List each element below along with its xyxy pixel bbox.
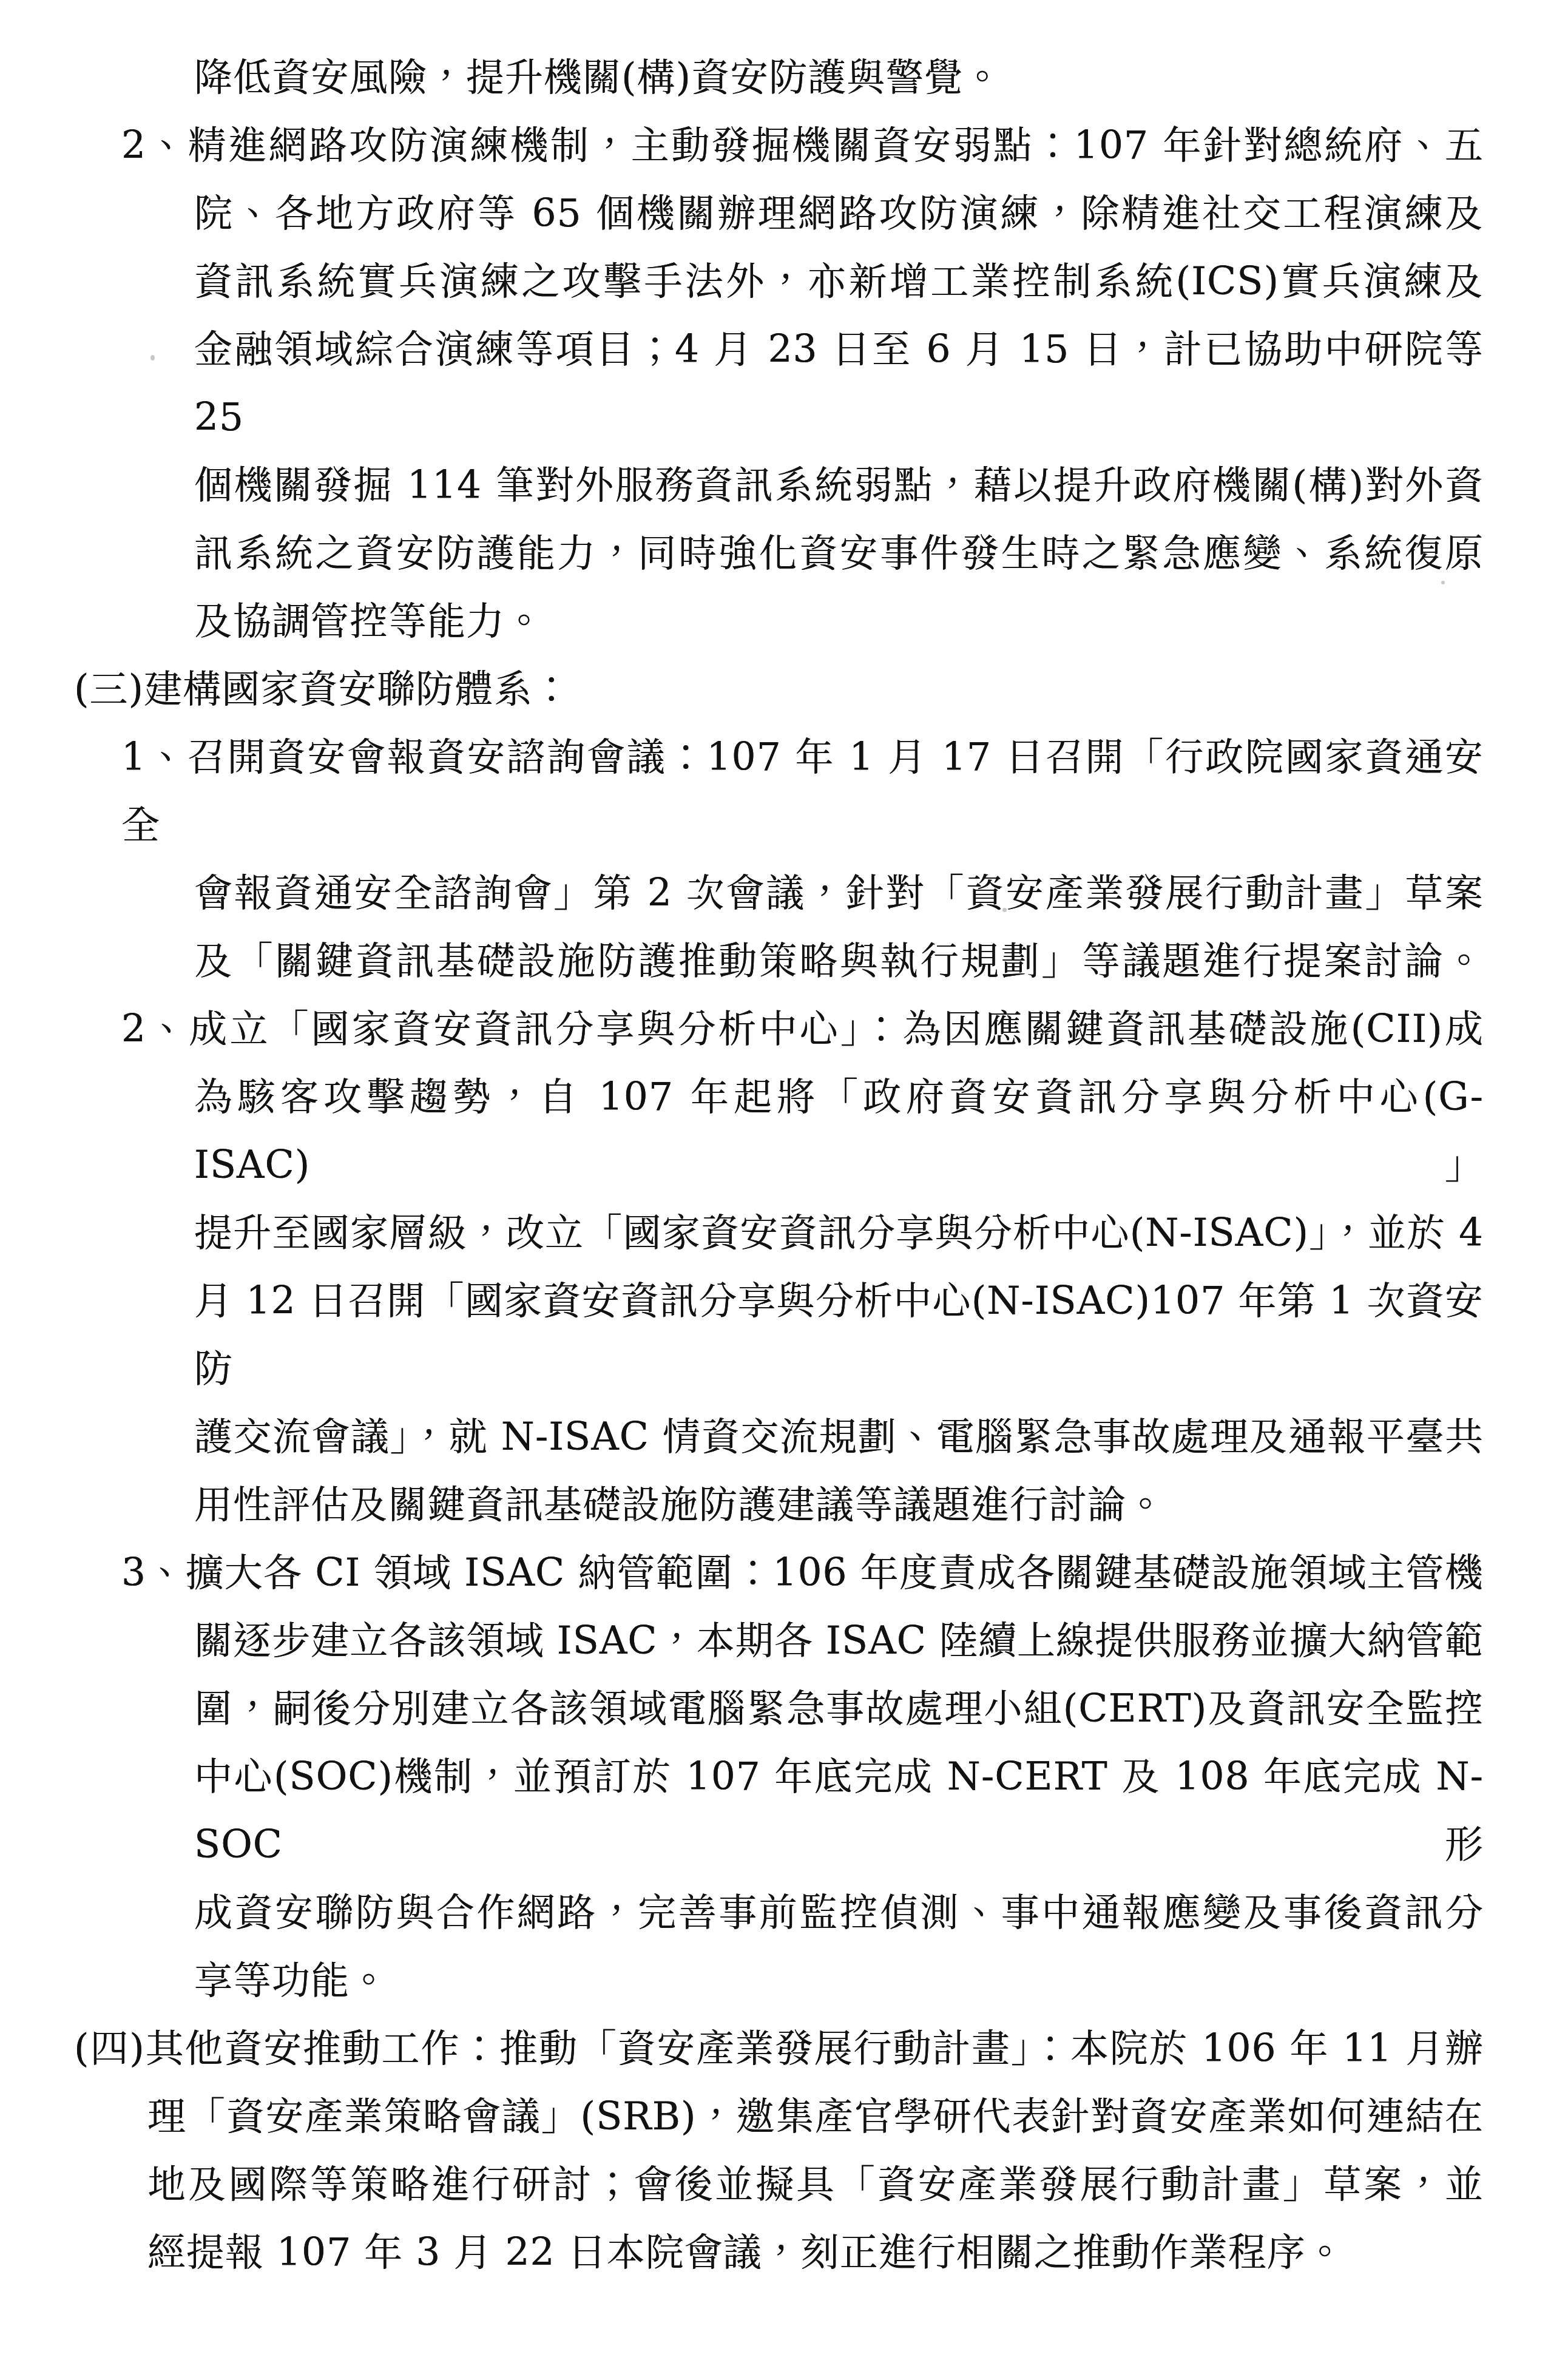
document-text-line: 經提報 107 年 3 月 22 日本院會議，刻正進行相關之推動作業程序。 bbox=[0, 2219, 1568, 2287]
document-text-line: 資訊系統實兵演練之攻擊手法外，亦新增工業控制系統(ICS)實兵演練及 bbox=[0, 248, 1568, 316]
document-text-line: (三)建構國家資安聯防體系： bbox=[0, 655, 1568, 723]
scan-noise-speck bbox=[1368, 1632, 1372, 1636]
scanned-document-page: 降低資安風險，提升機關(構)資安防護與警覺。2、精進網路攻防演練機制，主動發掘機… bbox=[0, 0, 1568, 2360]
document-text-line: 地及國際等策略進行研討；會後並擬具「資安產業發展行動計畫」草案，並 bbox=[0, 2151, 1568, 2219]
document-text-line: 圍，嗣後分別建立各該領域電腦緊急事故處理小組(CERT)及資訊安全監控 bbox=[0, 1675, 1568, 1743]
scan-noise-speck bbox=[150, 355, 155, 360]
document-text-line: 理「資安產業策略會議」(SRB)，邀集產官學研代表針對資安產業如何連結在 bbox=[0, 2083, 1568, 2151]
document-text-line: 及「關鍵資訊基礎設施防護推動策略與執行規劃」等議題進行提案討論。 bbox=[0, 927, 1568, 995]
document-text-line: 月 12 日召開「國家資安資訊分享與分析中心(N-ISAC)107 年第 1 次… bbox=[0, 1267, 1568, 1403]
scan-noise-speck bbox=[1441, 581, 1445, 584]
document-text-line: 3、擴大各 CI 領域 ISAC 納管範圍：106 年度責成各關鍵基礎設施領域主… bbox=[0, 1539, 1568, 1607]
document-text-line: 為駭客攻擊趨勢，自 107 年起將「政府資安資訊分享與分析中心(G-ISAC)」 bbox=[0, 1063, 1568, 1199]
document-text-line: 院、各地方政府等 65 個機關辦理網路攻防演練，除精進社交工程演練及 bbox=[0, 180, 1568, 248]
document-text-line: 成資安聯防與合作網路，完善事前監控偵測、事中通報應變及事後資訊分 bbox=[0, 1879, 1568, 1947]
document-text-line: 降低資安風險，提升機關(構)資安防護與警覺。 bbox=[0, 44, 1568, 112]
document-text-line: (四)其他資安推動工作：推動「資安產業發展行動計畫」：本院於 106 年 11 … bbox=[0, 2015, 1568, 2083]
document-text-line: 提升至國家層級，改立「國家資安資訊分享與分析中心(N-ISAC)」，並於 4 bbox=[0, 1199, 1568, 1267]
document-text-line: 及協調管控等能力。 bbox=[0, 587, 1568, 655]
document-text-line: 金融領域綜合演練等項目；4 月 23 日至 6 月 15 日，計已協助中研院等 … bbox=[0, 316, 1568, 451]
document-text-line: 1、召開資安會報資安諮詢會議：107 年 1 月 17 日召開「行政院國家資通安… bbox=[0, 723, 1568, 859]
document-text-block: 降低資安風險，提升機關(構)資安防護與警覺。2、精進網路攻防演練機制，主動發掘機… bbox=[0, 44, 1568, 2287]
document-text-line: 個機關發掘 114 筆對外服務資訊系統弱點，藉以提升政府機關(構)對外資 bbox=[0, 451, 1568, 519]
scan-noise-speck bbox=[1002, 908, 1007, 912]
document-text-line: 用性評估及關鍵資訊基礎設施防護建議等議題進行討論。 bbox=[0, 1471, 1568, 1539]
document-text-line: 享等功能。 bbox=[0, 1947, 1568, 2015]
document-text-line: 會報資通安全諮詢會」第 2 次會議，針對「資安產業發展行動計畫」草案 bbox=[0, 859, 1568, 927]
document-text-line: 護交流會議」，就 N-ISAC 情資交流規劃、電腦緊急事故處理及通報平臺共 bbox=[0, 1403, 1568, 1471]
document-text-line: 訊系統之資安防護能力，同時強化資安事件發生時之緊急應變、系統復原 bbox=[0, 519, 1568, 587]
document-text-line: 關逐步建立各該領域 ISAC，本期各 ISAC 陸續上線提供服務並擴大納管範 bbox=[0, 1607, 1568, 1675]
document-text-line: 中心(SOC)機制，並預訂於 107 年底完成 N-CERT 及 108 年底完… bbox=[0, 1743, 1568, 1879]
document-text-line: 2、成立「國家資安資訊分享與分析中心」：為因應關鍵資訊基礎設施(CII)成 bbox=[0, 995, 1568, 1063]
document-text-line: 2、精進網路攻防演練機制，主動發掘機關資安弱點：107 年針對總統府、五 bbox=[0, 112, 1568, 180]
